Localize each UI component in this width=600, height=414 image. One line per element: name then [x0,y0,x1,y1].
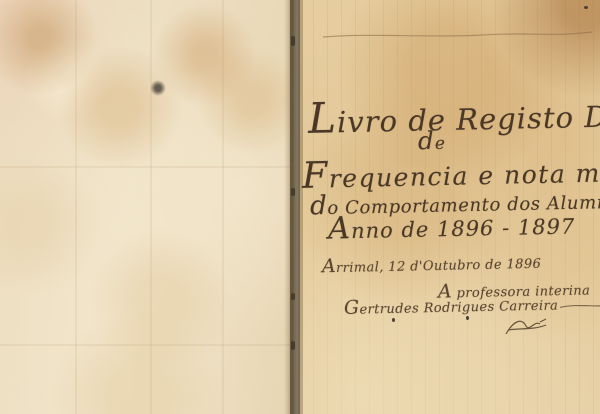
right-title-page: Livro de Registo Diario de Frequencia e … [300,0,600,414]
page-crease [0,344,290,346]
signature-trailing-flourish-icon [558,300,600,311]
binding-stitch [291,341,295,350]
hand-drawn-rule-icon [322,28,594,42]
open-ledger-book-photo: Livro de Registo Diario de Frequencia e … [0,0,600,414]
ink-speck [466,316,469,320]
page-crease [75,0,77,414]
signature-rubric-icon [502,314,552,340]
ink-speck [392,318,395,322]
binding-stitch [291,188,295,196]
page-crease [222,0,224,414]
page-crease [150,0,152,414]
book-binding-gutter [284,0,300,414]
binding-stitch [291,293,295,300]
place-date-line: Arrimal, 12 d'Outubro de 1896 [322,252,542,278]
ink-speck [584,6,588,9]
left-blank-page [0,0,290,414]
year-line: Anno de 1896 - 1897 [328,206,576,246]
page-crease [0,166,290,168]
binding-stitch [291,36,295,46]
signature-name-line: Gertrudes Rodrigues Carreira [344,292,600,319]
title-line-1: Livro de Registo Diario [308,86,600,143]
